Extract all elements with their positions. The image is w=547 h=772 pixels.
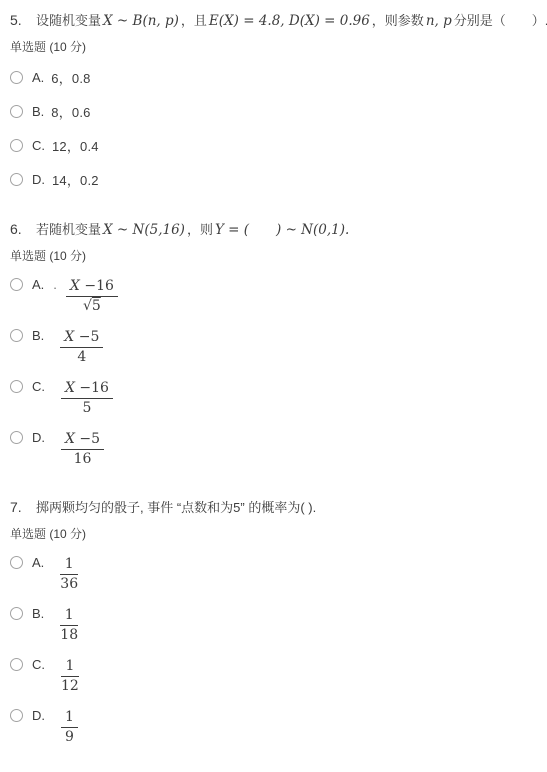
option-row-b[interactable]: B. 1 18 bbox=[10, 606, 535, 643]
question-type-label: 单选题 (10 分) bbox=[10, 39, 535, 55]
fraction-denominator: √5 bbox=[66, 297, 118, 314]
fraction: 1 12 bbox=[61, 659, 79, 694]
title-math-segment: E(X) = 4.8, D(X) = 0.96 bbox=[207, 13, 372, 29]
fraction: 1 9 bbox=[61, 710, 78, 745]
radio-button[interactable] bbox=[10, 105, 23, 118]
title-text-segment: 掷两颗均匀的骰子, 事件 “点数和为5” 的概率为( ). bbox=[36, 500, 316, 515]
fraction: X −16 5 bbox=[61, 381, 113, 416]
option-row-c[interactable]: C. 12，0.4 bbox=[10, 136, 535, 155]
fraction: 1 36 bbox=[60, 557, 78, 592]
radio-button[interactable] bbox=[10, 278, 23, 291]
fraction-numerator: X −16 bbox=[66, 279, 118, 297]
radio-button[interactable] bbox=[10, 658, 23, 671]
question-type-label: 单选题 (10 分) bbox=[10, 248, 535, 264]
option-row-c[interactable]: C. X −16 5 bbox=[10, 379, 535, 416]
option-letter: C. bbox=[32, 657, 45, 672]
question-number: 5. bbox=[10, 10, 36, 30]
radio-button[interactable] bbox=[10, 71, 23, 84]
title-math-segment: X ~ N(5,16) bbox=[101, 222, 187, 238]
title-math-segment: n, p bbox=[424, 13, 454, 29]
fraction-numerator: X −5 bbox=[61, 432, 104, 450]
option-row-a[interactable]: A. 6，0.8 bbox=[10, 68, 535, 87]
option-letter: C. bbox=[32, 379, 45, 394]
option-row-b[interactable]: B. 8，0.6 bbox=[10, 102, 535, 121]
fraction-numerator: X −16 bbox=[61, 381, 113, 399]
fraction-numerator: 1 bbox=[61, 659, 79, 677]
question-7-title: 7.掷两颗均匀的骰子, 事件 “点数和为5” 的概率为( ). bbox=[10, 497, 535, 518]
fraction-denominator: 9 bbox=[61, 728, 78, 745]
option-letter: C. bbox=[32, 138, 45, 153]
option-letter: A. bbox=[32, 555, 44, 570]
option-letter: D. bbox=[32, 172, 45, 187]
fraction-numerator: 1 bbox=[61, 710, 78, 728]
option-letter: D. bbox=[32, 708, 45, 723]
option-row-d[interactable]: D. X −5 16 bbox=[10, 430, 535, 467]
option-row-c[interactable]: C. 1 12 bbox=[10, 657, 535, 694]
option-text: 8，0.6 bbox=[51, 102, 90, 121]
title-text-segment: 分别是（ ）. bbox=[454, 13, 547, 28]
fraction: 1 18 bbox=[60, 608, 78, 643]
option-text: 6，0.8 bbox=[51, 68, 90, 87]
quiz-page: 5.设随机变量X ~ B(n, p)，且E(X) = 4.8, D(X) = 0… bbox=[0, 0, 547, 772]
fraction: X −5 16 bbox=[61, 432, 104, 467]
question-number: 7. bbox=[10, 497, 36, 517]
question-5: 5.设随机变量X ~ B(n, p)，且E(X) = 4.8, D(X) = 0… bbox=[10, 10, 535, 189]
stray-dot: . bbox=[53, 277, 57, 292]
fraction: X −5 4 bbox=[60, 330, 103, 365]
title-text-segment: ，且 bbox=[181, 13, 207, 28]
question-6-title: 6.若随机变量X ~ N(5,16)，则Y = ( ) ~ N(0,1). bbox=[10, 219, 535, 240]
fraction-denominator: 18 bbox=[60, 626, 78, 643]
option-text: 14，0.2 bbox=[52, 170, 99, 189]
fraction: X −16 √5 bbox=[66, 279, 118, 314]
radio-button[interactable] bbox=[10, 607, 23, 620]
option-row-a[interactable]: A. . X −16 √5 bbox=[10, 277, 535, 314]
radio-button[interactable] bbox=[10, 173, 23, 186]
fraction-denominator: 4 bbox=[60, 348, 103, 365]
option-letter: D. bbox=[32, 430, 45, 445]
title-text-segment: ，则 bbox=[187, 222, 213, 237]
option-letter: A. bbox=[32, 277, 44, 292]
option-row-d[interactable]: D. 14，0.2 bbox=[10, 170, 535, 189]
title-math-segment: Y = ( ) ~ N(0,1). bbox=[213, 222, 351, 238]
radio-button[interactable] bbox=[10, 709, 23, 722]
radio-button[interactable] bbox=[10, 139, 23, 152]
option-letter: B. bbox=[32, 328, 44, 343]
title-math-segment: X ~ B(n, p) bbox=[101, 13, 181, 29]
fraction-numerator: 1 bbox=[60, 557, 78, 575]
fraction-denominator: 5 bbox=[61, 399, 113, 416]
title-text-segment: ，则参数 bbox=[372, 13, 424, 28]
fraction-denominator: 16 bbox=[61, 450, 104, 467]
option-row-b[interactable]: B. X −5 4 bbox=[10, 328, 535, 365]
option-letter: B. bbox=[32, 104, 44, 119]
radio-button[interactable] bbox=[10, 329, 23, 342]
option-row-a[interactable]: A. 1 36 bbox=[10, 555, 535, 592]
title-text-segment: 若随机变量 bbox=[36, 222, 101, 237]
question-5-title: 5.设随机变量X ~ B(n, p)，且E(X) = 4.8, D(X) = 0… bbox=[10, 10, 535, 31]
radio-button[interactable] bbox=[10, 431, 23, 444]
fraction-denominator: 12 bbox=[61, 677, 79, 694]
option-letter: A. bbox=[32, 70, 44, 85]
title-text-segment: 设随机变量 bbox=[36, 13, 101, 28]
question-number: 6. bbox=[10, 219, 36, 239]
fraction-denominator: 36 bbox=[60, 575, 78, 592]
option-row-d[interactable]: D. 1 9 bbox=[10, 708, 535, 745]
fraction-numerator: 1 bbox=[60, 608, 78, 626]
option-text: 12，0.4 bbox=[52, 136, 99, 155]
question-type-label: 单选题 (10 分) bbox=[10, 526, 535, 542]
question-6: 6.若随机变量X ~ N(5,16)，则Y = ( ) ~ N(0,1). 单选… bbox=[10, 219, 535, 467]
radio-button[interactable] bbox=[10, 380, 23, 393]
fraction-numerator: X −5 bbox=[60, 330, 103, 348]
radio-button[interactable] bbox=[10, 556, 23, 569]
option-letter: B. bbox=[32, 606, 44, 621]
question-7: 7.掷两颗均匀的骰子, 事件 “点数和为5” 的概率为( ). 单选题 (10 … bbox=[10, 497, 535, 745]
